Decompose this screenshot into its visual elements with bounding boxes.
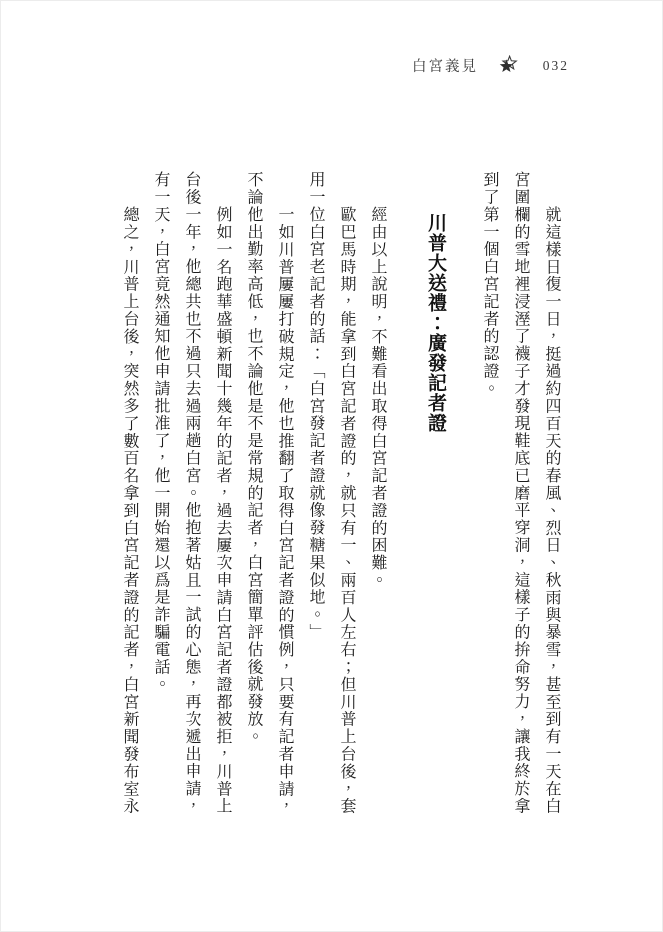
intro-paragraph: 就這樣日復一日，挺過約四百天的春風、烈日、秋雨與暴雪，甚至到有一天在白宮圍欄的雪… [474, 171, 567, 821]
page-number: 032 [535, 58, 569, 74]
star-icon [496, 55, 519, 76]
section-heading: 川普大送禮：廣發記者證 [420, 171, 450, 821]
book-page: 白宮義見 032 就這樣日復一日，挺過約四百天的春風、烈日、秋雨與暴雪，甚至到有… [0, 0, 663, 932]
body-paragraph: 例如一名跑華盛頓新聞十幾年的記者，過去屢次申請白宮記者證都被拒，川普上台後一年，… [145, 171, 238, 821]
book-title: 白宮義見 [412, 55, 478, 76]
page-text-block: 就這樣日復一日，挺過約四百天的春風、烈日、秋雨與暴雪，甚至到有一天在白宮圍欄的雪… [105, 171, 567, 821]
body-paragraph: 經由以上說明，不難看出取得白宮記者證的困難。 [362, 171, 393, 821]
body-paragraph: 總之，川普上台後，突然多了數百名拿到白宮記者證的記者，白宮新聞發布室永 [114, 171, 145, 821]
running-head: 白宮義見 032 [412, 55, 569, 76]
body-paragraph: 歐巴馬時期，能拿到白宮記者證的，就只有一、兩百人左右；但川普上台後，套用一位白宮… [300, 171, 362, 821]
body-paragraph: 一如川普屢屢打破規定，他也推翻了取得白宮記者證的慣例，只要有記者申請，不論他出勤… [238, 171, 300, 821]
